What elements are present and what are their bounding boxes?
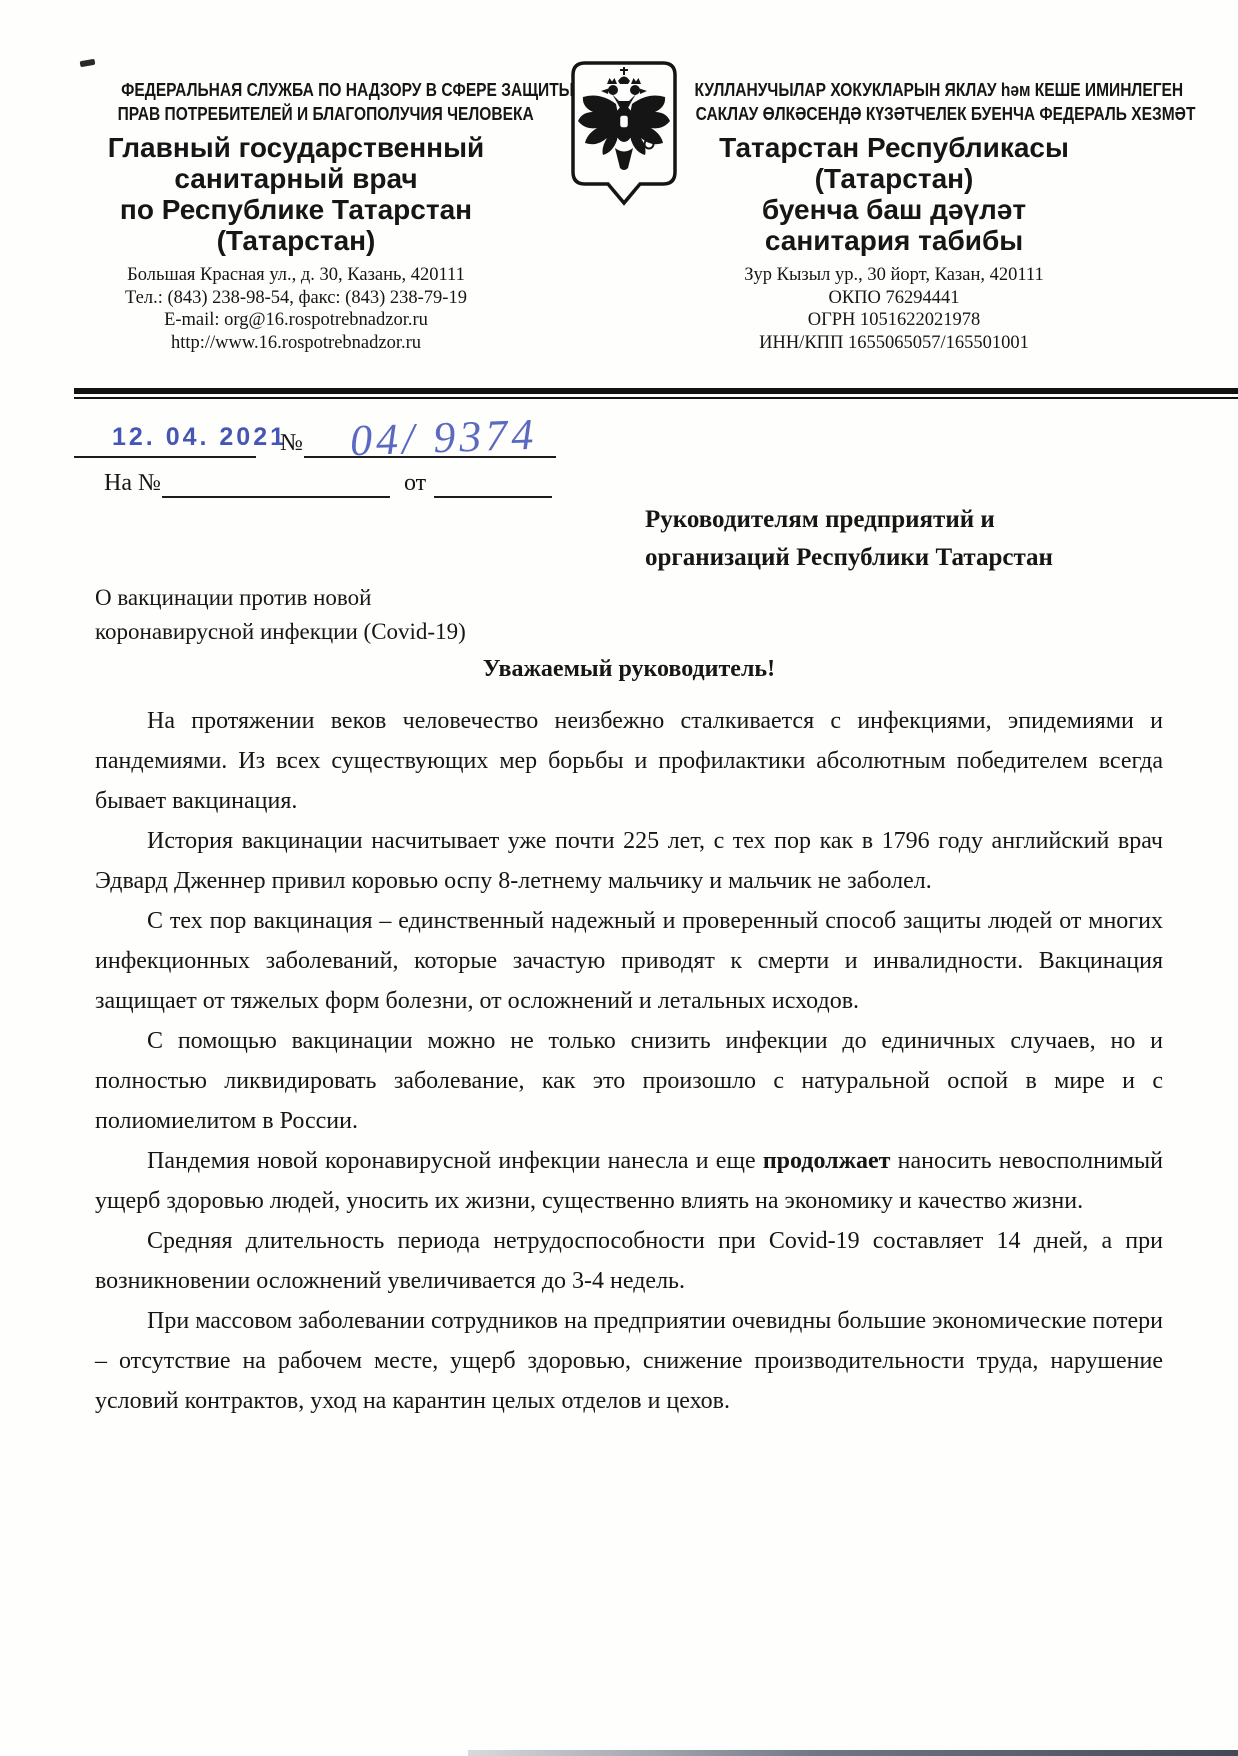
org-title-line: по Республике Татарстан <box>78 194 514 225</box>
letterhead-left: ФЕДЕРАЛЬНАЯ СЛУЖБА ПО НАДЗОРУ В СФЕРЕ ЗА… <box>78 78 514 354</box>
agency-name-text: ФЕДЕРАЛЬНАЯ СЛУЖБА ПО НАДЗОРУ В СФЕРЕ ЗА… <box>121 78 574 102</box>
reply-number-label: На № <box>104 470 161 497</box>
reply-from-underline <box>434 496 552 498</box>
body-paragraph: При массовом заболевании сотрудников на … <box>95 1301 1163 1421</box>
inn-kpp-line: ИНН/КПП 1655065057/165501001 <box>648 332 1140 355</box>
ogrn-line: ОГРН 1051622021978 <box>648 309 1140 332</box>
subject-line: О вакцинации против новой <box>95 581 466 615</box>
addressee-line: Руководителям предприятий и <box>645 501 1165 539</box>
body-text-segment: История вакцинации насчитывает уже почти… <box>95 828 1163 894</box>
body-text-segment: Пандемия новой коронавирусной инфекции н… <box>147 1148 763 1174</box>
body-paragraph: На протяжении веков человечество неизбеж… <box>95 701 1163 821</box>
salutation: Уважаемый руководитель! <box>95 656 1163 683</box>
scan-artifact-top <box>80 59 96 68</box>
addressee-line: организаций Республики Татарстан <box>645 539 1165 577</box>
number-label: № <box>280 430 303 457</box>
org-address-tatar: Зур Кызыл ур., 30 йорт, Казан, 420111 ОК… <box>648 264 1140 354</box>
body-text-segment: С помощью вакцинации можно не только сни… <box>95 1028 1163 1134</box>
body-text-segment: С тех пор вакцинация – единственный наде… <box>95 908 1163 1014</box>
body-text-segment: Средняя длительность периода нетрудоспос… <box>95 1228 1163 1294</box>
letterhead-right: КУЛЛАНУЧЫЛАР ХОКУКЛАРЫН ЯКЛАУ һәм КЕШЕ И… <box>648 78 1140 354</box>
org-title-line: санитария табибы <box>648 225 1140 256</box>
okpo-line: ОКПО 76294441 <box>648 287 1140 310</box>
org-title-line: Татарстан Республикасы <box>648 132 1140 163</box>
reply-from-label: от <box>404 470 426 497</box>
agency-name-text: КУЛЛАНУЧЫЛАР ХОКУКЛАРЫН ЯКЛАУ һәм КЕШЕ И… <box>695 78 1184 102</box>
subject-block: О вакцинации против новой коронавирусной… <box>95 581 466 649</box>
agency-name-line: ФЕДЕРАЛЬНАЯ СЛУЖБА ПО НАДЗОРУ В СФЕРЕ ЗА… <box>78 78 514 102</box>
addressee-block: Руководителям предприятий и организаций … <box>645 501 1165 577</box>
address-line: Зур Кызыл ур., 30 йорт, Казан, 420111 <box>648 264 1140 287</box>
org-title-line: буенча баш дәүләт <box>648 194 1140 225</box>
org-title-line: (Татарстан) <box>648 163 1140 194</box>
body-text-segment: При массовом заболевании сотрудников на … <box>95 1308 1163 1414</box>
agency-name-line-tatar: САКЛАУ ӨЛКӘСЕНДӘ КҮЗӘТЧЕЛЕК БУЕНЧА ФЕДЕР… <box>648 102 1140 126</box>
body-text-segment: На протяжении веков человечество неизбеж… <box>95 708 1163 814</box>
date-underline <box>74 456 256 458</box>
website-line: http://www.16.rospotrebnadzor.ru <box>78 332 514 355</box>
body-paragraph: С тех пор вакцинация – единственный наде… <box>95 901 1163 1021</box>
body-text: На протяжении веков человечество неизбеж… <box>95 701 1163 1421</box>
email-line: E-mail: org@16.rospotrebnadzor.ru <box>78 309 514 332</box>
number-underline <box>304 456 556 458</box>
org-address-ru: Большая Красная ул., д. 30, Казань, 4201… <box>78 264 514 354</box>
letter-page: ФЕДЕРАЛЬНАЯ СЛУЖБА ПО НАДЗОРУ В СФЕРЕ ЗА… <box>0 0 1238 1756</box>
org-title-line: Главный государственный <box>78 132 514 163</box>
body-paragraph: История вакцинации насчитывает уже почти… <box>95 821 1163 901</box>
agency-name-text: САКЛАУ ӨЛКӘСЕНДӘ КҮЗӘТЧЕЛЕК БУЕНЧА ФЕДЕР… <box>696 102 1196 126</box>
date-stamp: 12. 04. 2021 <box>112 423 287 452</box>
org-title-line: санитарный врач <box>78 163 514 194</box>
agency-name-line: ПРАВ ПОТРЕБИТЕЛЕЙ И БЛАГОПОЛУЧИЯ ЧЕЛОВЕК… <box>78 102 514 126</box>
body-paragraph: С помощью вакцинации можно не только сни… <box>95 1021 1163 1141</box>
agency-name-line-tatar: КУЛЛАНУЧЫЛАР ХОКУКЛАРЫН ЯКЛАУ һәм КЕШЕ И… <box>648 78 1140 102</box>
org-title-ru: Главный государственный санитарный врач … <box>78 132 514 256</box>
body-paragraph: Пандемия новой коронавирусной инфекции н… <box>95 1141 1163 1221</box>
address-line: Большая Красная ул., д. 30, Казань, 4201… <box>78 264 514 287</box>
scan-artifact-bottom-edge <box>468 1750 1238 1756</box>
body-text-bold: продолжает <box>763 1148 891 1174</box>
letterhead-divider-rule <box>74 388 1238 399</box>
subject-line: коронавирусной инфекции (Covid-19) <box>95 615 466 649</box>
org-title-line: (Татарстан) <box>78 225 514 256</box>
agency-name-text: ПРАВ ПОТРЕБИТЕЛЕЙ И БЛАГОПОЛУЧИЯ ЧЕЛОВЕК… <box>118 102 534 126</box>
reply-number-underline <box>162 496 390 498</box>
body-paragraph: Средняя длительность периода нетрудоспос… <box>95 1221 1163 1301</box>
address-line: Тел.: (843) 238-98-54, факс: (843) 238-7… <box>78 287 514 310</box>
org-title-tatar: Татарстан Республикасы (Татарстан) буенч… <box>648 132 1140 256</box>
